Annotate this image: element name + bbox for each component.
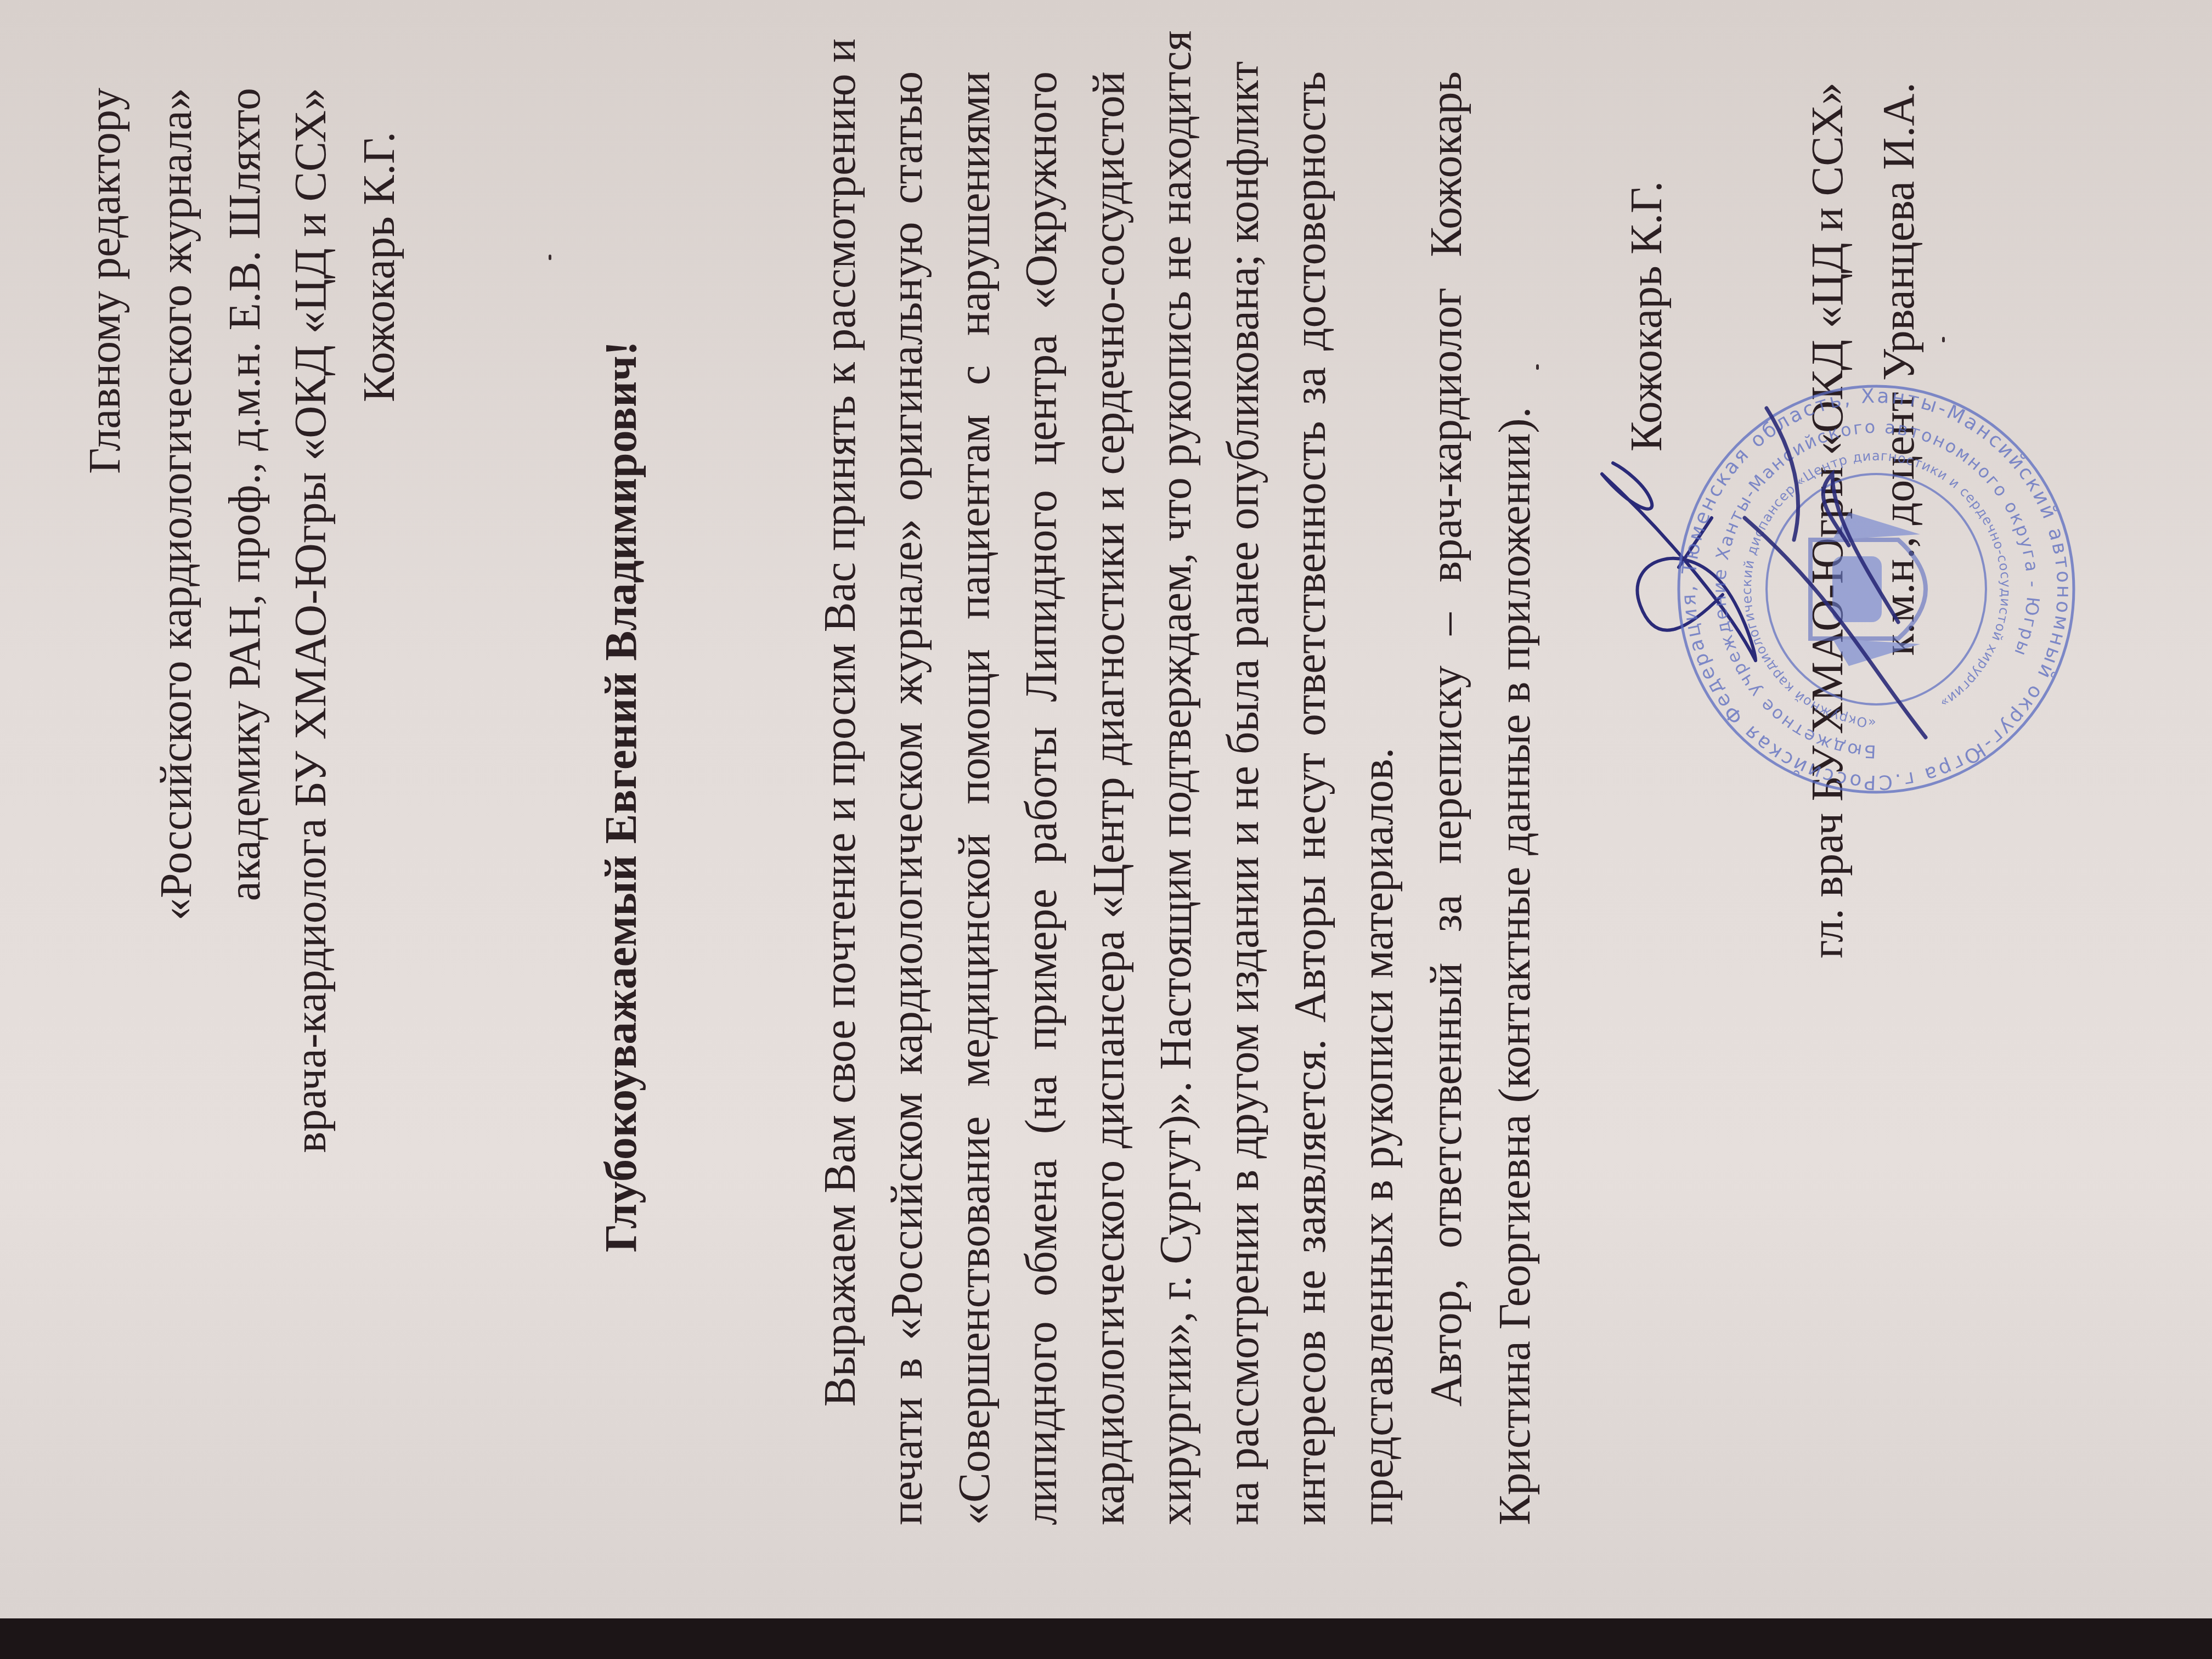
body-line: печати в «Российском кардиологическом жу… bbox=[884, 71, 929, 1525]
author-signature-name: Кожокарь К.Г. bbox=[1624, 181, 1669, 452]
body-line: на рассмотрении в другом издании и не бы… bbox=[1221, 71, 1266, 1525]
letter-page: Главному редактору «Российского кардиоло… bbox=[0, 0, 2212, 1659]
body-line: Автор, ответственный за переписку – врач… bbox=[1424, 71, 1469, 1407]
official-stamp-icon: Российская Федерация, Тюменская область,… bbox=[1668, 375, 2085, 803]
body-line: «Совершенствование медицинской помощи па… bbox=[952, 71, 997, 1525]
body-line: интересов не заявляется. Авторы несут от… bbox=[1288, 71, 1333, 1525]
body-line: Выражаем Вам свое почтение и просим Вас … bbox=[817, 71, 862, 1407]
body-line: хирургии», г. Сургут)». Настоящим подтве… bbox=[1153, 71, 1198, 1525]
body-line: липидного обмена (на примере работы Липи… bbox=[1019, 71, 1064, 1525]
sender-name: Кожокарь К.Г. bbox=[357, 132, 402, 402]
body-line: Кристина Георгиевна (контактные данные в… bbox=[1492, 71, 1537, 1525]
addressee-line: «Российского кардиологического журнала» bbox=[154, 88, 199, 921]
salutation: Глубокоуважаемый Евгений Владимирович! bbox=[595, 0, 647, 1659]
table-edge bbox=[0, 1618, 2212, 1659]
addressee-line: врача-кардиолога БУ ХМАО-Югры «ОКД «ЦД и… bbox=[288, 88, 333, 1153]
body-line: кардиологического диспансера «Центр диаг… bbox=[1086, 71, 1131, 1525]
addressee-line: академику РАН, проф., д.м.н. Е.В. Шляхто bbox=[222, 88, 267, 901]
addressee-line: Главному редактору bbox=[82, 88, 127, 474]
photo-scene: Главному редактору «Российского кардиоло… bbox=[0, 0, 2212, 1659]
body-line: представленных в рукописи материалов. bbox=[1355, 71, 1400, 1525]
